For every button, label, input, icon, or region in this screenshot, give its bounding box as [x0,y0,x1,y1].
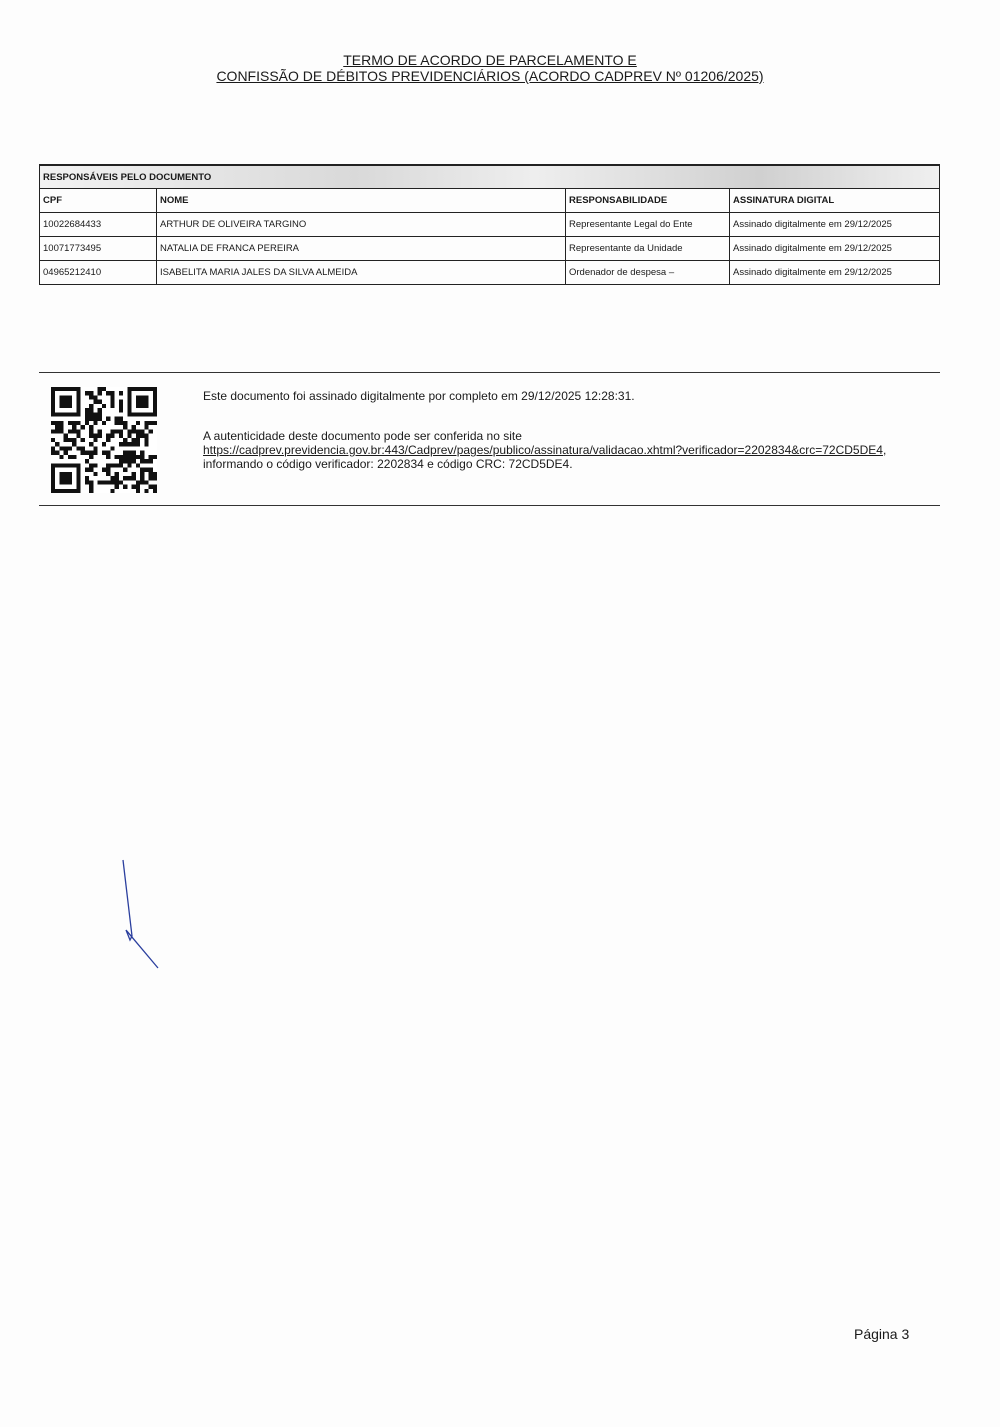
authenticity-text: A autenticidade deste documento pode ser… [203,429,943,471]
cell-nome: ISABELITA MARIA JALES DA SILVA ALMEIDA [157,261,566,285]
handwritten-mark-icon [118,858,168,973]
header-nome: NOME [157,189,566,213]
table-row: 10071773495 NATALIA DE FRANCA PEREIRA Re… [40,237,940,261]
header-responsabilidade: RESPONSABILIDADE [566,189,730,213]
table-caption: RESPONSÁVEIS PELO DOCUMENTO [40,165,940,189]
cell-cpf: 10022684433 [40,213,157,237]
signature-text: Este documento foi assinado digitalmente… [203,389,943,471]
table-header-row: CPF NOME RESPONSABILIDADE ASSINATURA DIG… [40,189,940,213]
cell-responsabilidade: Representante Legal do Ente [566,213,730,237]
signature-completed-text: Este documento foi assinado digitalmente… [203,389,943,403]
header-assinatura: ASSINATURA DIGITAL [730,189,940,213]
cell-assinatura: Assinado digitalmente em 29/12/2025 [730,213,940,237]
cell-nome: NATALIA DE FRANCA PEREIRA [157,237,566,261]
cell-responsabilidade: Ordenador de despesa – [566,261,730,285]
authenticity-intro: A autenticidade deste documento pode ser… [203,429,522,443]
header-cpf: CPF [40,189,157,213]
cell-assinatura: Assinado digitalmente em 29/12/2025 [730,237,940,261]
table-row: 04965212410 ISABELITA MARIA JALES DA SIL… [40,261,940,285]
cell-assinatura: Assinado digitalmente em 29/12/2025 [730,261,940,285]
cell-cpf: 10071773495 [40,237,157,261]
table-caption-row: RESPONSÁVEIS PELO DOCUMENTO [40,165,940,189]
cell-cpf: 04965212410 [40,261,157,285]
signature-block: Este documento foi assinado digitalmente… [39,372,940,506]
cell-responsabilidade: Representante da Unidade [566,237,730,261]
page-number: Página 3 [854,1326,909,1342]
table-row: 10022684433 ARTHUR DE OLIVEIRA TARGINO R… [40,213,940,237]
responsaveis-table: RESPONSÁVEIS PELO DOCUMENTO CPF NOME RES… [39,164,940,285]
title-line-1: TERMO DE ACORDO DE PARCELAMENTO E [0,52,980,68]
document-title: TERMO DE ACORDO DE PARCELAMENTO E CONFIS… [0,52,980,84]
validation-link[interactable]: https://cadprev.previdencia.gov.br:443/C… [203,443,883,457]
qr-code-icon [51,387,157,493]
cell-nome: ARTHUR DE OLIVEIRA TARGINO [157,213,566,237]
title-line-2: CONFISSÃO DE DÉBITOS PREVIDENCIÁRIOS (AC… [0,68,980,84]
